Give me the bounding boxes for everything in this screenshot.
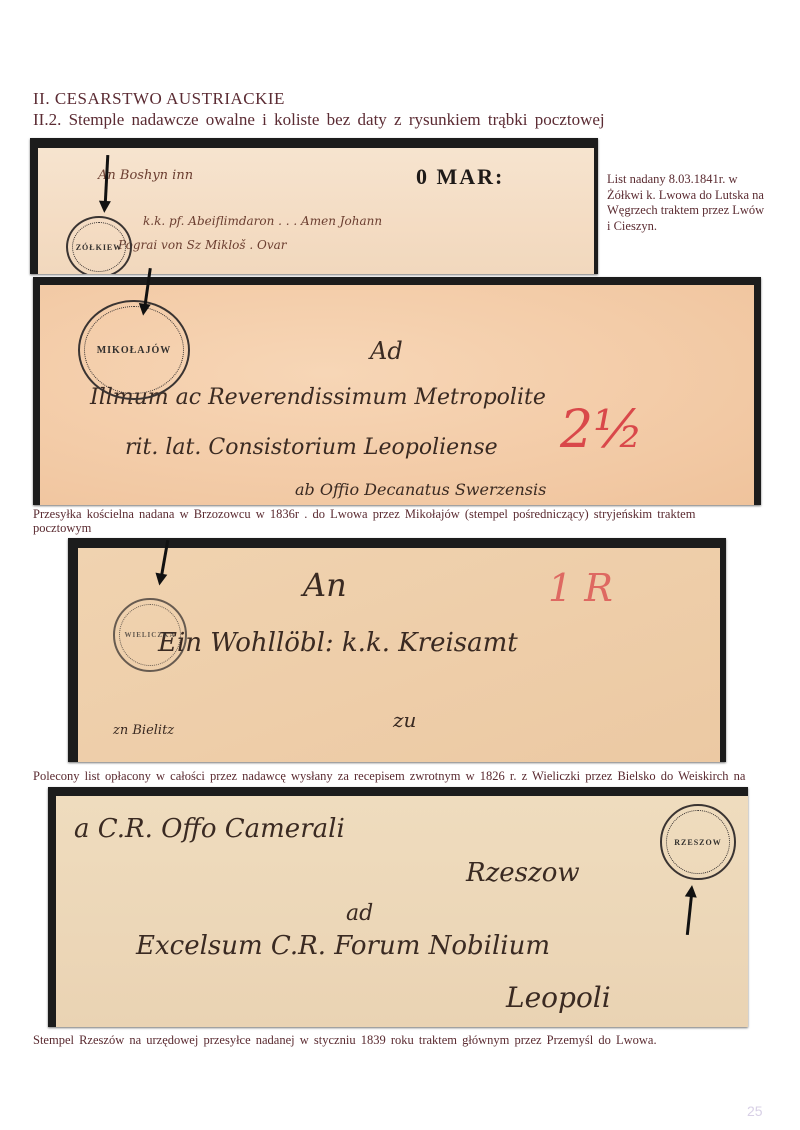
cover-4-line-1: a C.R. Offo Camerali bbox=[74, 814, 345, 844]
postmark-wieliczka: WIELICZKA bbox=[113, 598, 187, 672]
cover-1-line-2: k.k. pf. Abeiflimdaron . . . Amen Johann bbox=[143, 214, 382, 228]
cover-4-line-4: Excelsum C.R. Forum Nobilium bbox=[136, 931, 550, 961]
cover-3-line-4: zn Bielitz bbox=[113, 723, 174, 738]
cover-image-4: a C.R. Offo Camerali Rzeszow ad Excelsum… bbox=[56, 796, 748, 1027]
cover-3-line-2: Ein Wohllöbl: k.k. Kreisamt bbox=[158, 628, 518, 658]
cover-image-3: An Ein Wohllöbl: k.k. Kreisamt zu zn Bie… bbox=[78, 548, 720, 762]
postmark-rzeszow: RZESZOW bbox=[660, 804, 736, 880]
description-1: List nadany 8.03.1841r. w Żółkwi k. Lwow… bbox=[607, 172, 767, 234]
cover-2-line-3: rit. lat. Consistorium Leopoliense bbox=[125, 435, 498, 460]
cover-1-line-3: Pograi von Sz Mikloš . Ovar bbox=[118, 238, 287, 252]
date-stamp: 0 MAR: bbox=[416, 164, 504, 190]
red-registration-marking: 1 R bbox=[548, 566, 613, 610]
postmark-mikolajow: MIKOŁAJÓW bbox=[78, 300, 190, 400]
subsection-title: II.2. Stemple nadawcze owalne i koliste … bbox=[33, 110, 605, 130]
cover-image-2: Ad Illmum ac Reverendissimum Metropolite… bbox=[40, 285, 754, 505]
section-title: II. CESARSTWO AUSTRIACKIE bbox=[33, 89, 285, 109]
postmark-zolkiew: ZÓŁKIEW bbox=[66, 216, 132, 274]
red-rate-marking: 2½ bbox=[560, 400, 643, 460]
cover-3-line-1: An bbox=[303, 566, 347, 604]
cover-3-line-3: zu bbox=[393, 708, 416, 732]
description-2: Przesyłka kościelna nadana w Brzozowcu w… bbox=[33, 507, 753, 535]
cover-1-line-1: An Boshyn inn bbox=[98, 168, 193, 183]
cover-2-line-1: Ad bbox=[370, 337, 403, 365]
page-number: 25 bbox=[747, 1103, 763, 1119]
cover-4-line-2: Rzeszow bbox=[466, 858, 580, 888]
cover-image-1: An Boshyn inn k.k. pf. Abeiflimdaron . .… bbox=[38, 148, 594, 274]
cover-4-line-5: Leopoli bbox=[506, 981, 611, 1014]
description-4: Stempel Rzeszów na urzędowej przesyłce n… bbox=[33, 1033, 657, 1048]
cover-4-line-3: ad bbox=[346, 901, 373, 926]
cover-2-line-4: ab Offio Decanatus Swerzensis bbox=[295, 480, 546, 499]
